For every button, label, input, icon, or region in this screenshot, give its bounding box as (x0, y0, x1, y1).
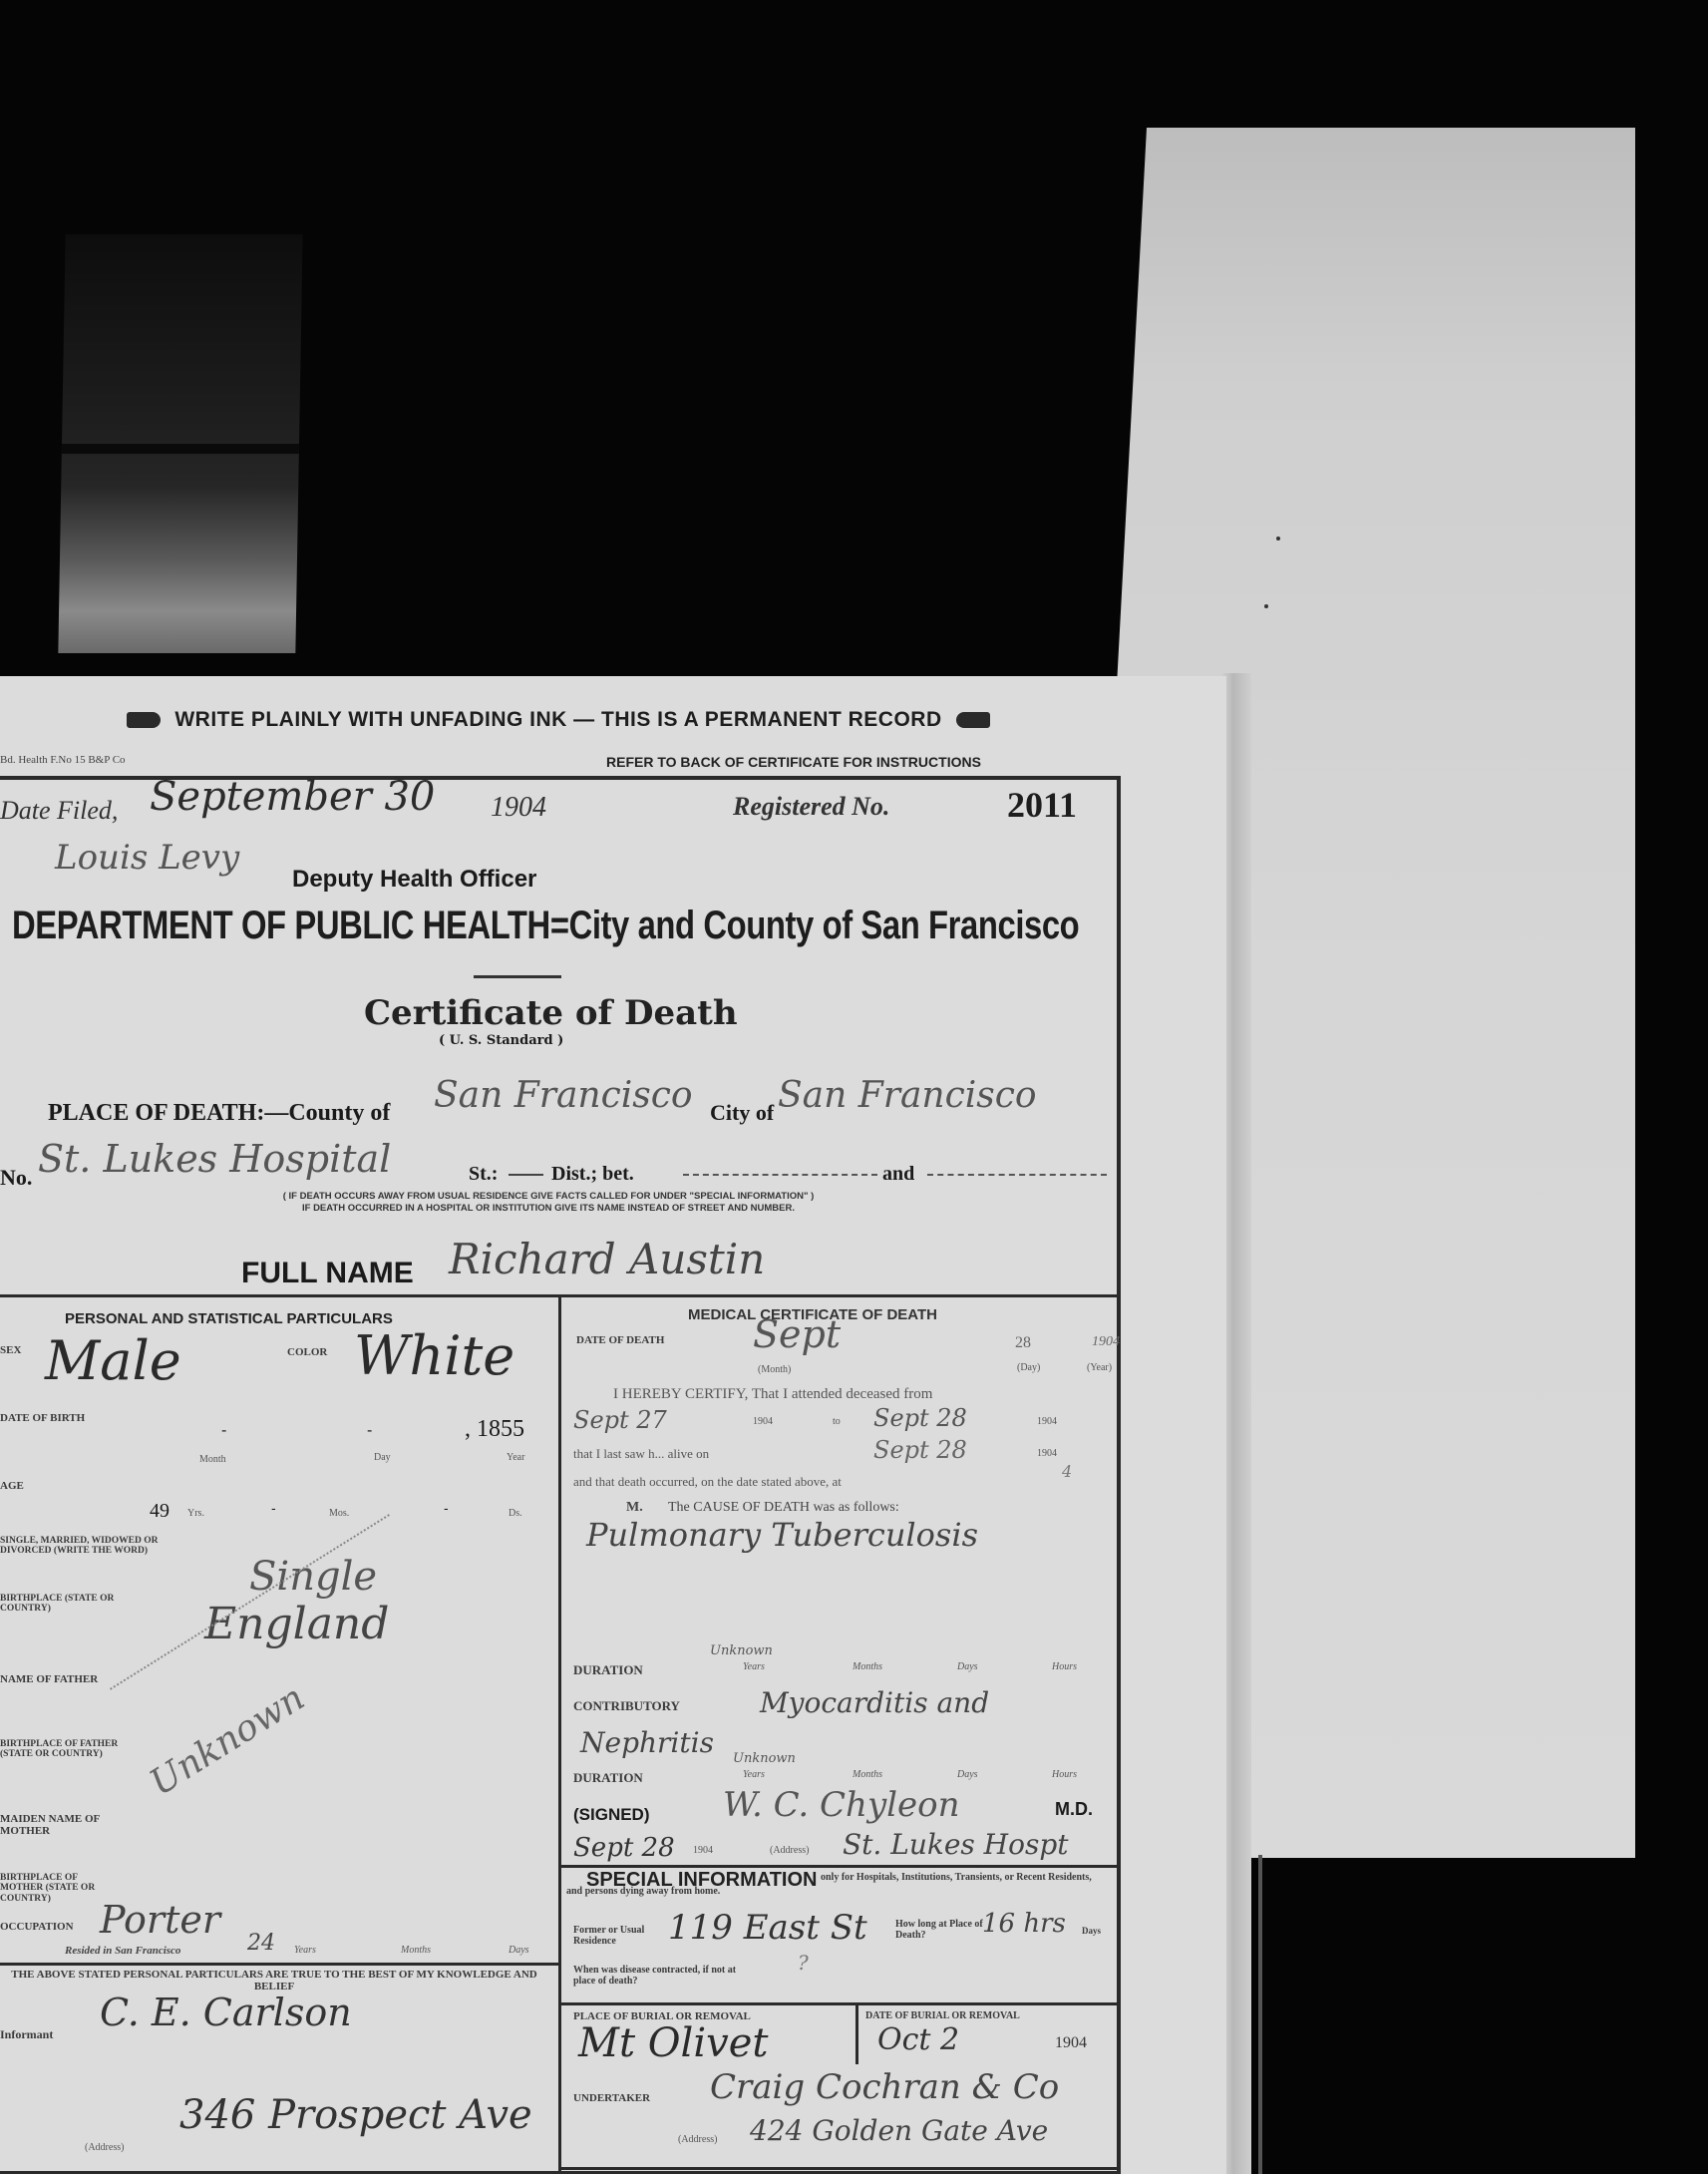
birthplace-value: England (204, 1599, 389, 1649)
undertaker-address-value: 424 Golden Gate Ave (750, 2114, 1048, 2147)
dob-day-label: Day (374, 1452, 391, 1463)
full-name-value: Richard Austin (449, 1235, 765, 1283)
death-day-label: (Day) (1017, 1362, 1040, 1373)
resided-months-label: Months (401, 1945, 431, 1956)
informant-address-label: (Address) (85, 2142, 124, 2153)
county-value: San Francisco (434, 1075, 693, 1116)
registered-label: Registered No. (733, 792, 889, 822)
attestation-text: THE ABOVE STATED PERSONAL PARTICULARS AR… (0, 1969, 548, 1993)
district-blank (683, 1174, 877, 1176)
resided-days-label: Days (509, 1945, 529, 1956)
color-label: COLOR (287, 1346, 327, 1358)
meridiem: M. (626, 1500, 643, 1516)
age-label: AGE (0, 1480, 24, 1492)
how-long-label: How long at Place of Death? (895, 1919, 985, 1941)
deputy-signature: Louis Levy (55, 838, 239, 878)
background-photo-fragment (58, 234, 302, 653)
signed-year: 1904 (693, 1845, 713, 1856)
banner-text: WRITE PLAINLY WITH UNFADING INK — THIS I… (174, 708, 941, 731)
section-divider (561, 2002, 1117, 2005)
duration2-days-label: Days (957, 1769, 978, 1780)
duration2-hours-label: Hours (1052, 1769, 1077, 1780)
burial-year: 1904 (1055, 2034, 1087, 2052)
attended-to-year: 1904 (1037, 1416, 1057, 1427)
duration2-years-label: Years (743, 1769, 765, 1780)
death-month: Sept (753, 1312, 841, 1356)
occurred-text: and that death occurred, on the date sta… (573, 1474, 842, 1490)
registered-number: 2011 (1007, 784, 1077, 826)
informant-value: C. E. Carlson (100, 1991, 352, 2034)
dob-month: - (221, 1422, 226, 1440)
section-divider (561, 2167, 1117, 2170)
certificate-title: Certificate of Death (364, 993, 738, 1033)
date-filed-year: 1904 (491, 792, 546, 824)
city-value: San Francisco (778, 1075, 1037, 1116)
page-binding-line (1258, 1855, 1262, 2174)
death-time: 4 (1062, 1462, 1072, 1481)
undertaker-label: UNDERTAKER (573, 2092, 650, 2104)
speck (1276, 537, 1280, 541)
certificate-subtitle: ( U. S. Standard ) (439, 1033, 563, 1048)
attended-from-year: 1904 (753, 1416, 773, 1427)
informant-label: Informant (0, 2028, 53, 2041)
department-title: DEPARTMENT OF PUBLIC HEALTH=City and Cou… (12, 904, 1079, 948)
certify-text: I HEREBY CERTIFY, That I attended deceas… (613, 1386, 932, 1403)
duration2-value: Unknown (733, 1751, 796, 1766)
and-blank (927, 1174, 1107, 1176)
banner: WRITE PLAINLY WITH UNFADING INK — THIS I… (20, 708, 1097, 732)
place-instructions: ( IF DEATH OCCURS AWAY FROM USUAL RESIDE… (115, 1191, 982, 1215)
section-divider (0, 1963, 558, 1966)
signed-date: Sept 28 (573, 1833, 675, 1863)
death-day: 28 (1015, 1334, 1031, 1352)
pointing-hand-icon (956, 712, 990, 728)
death-month-label: (Month) (758, 1364, 791, 1375)
dob-month-label: Month (199, 1454, 226, 1465)
burial-date-label: DATE OF BURIAL OR REMOVAL (865, 2010, 1020, 2021)
and-label: and (882, 1163, 914, 1186)
burial-date-value: Oct 2 (877, 2022, 959, 2057)
undertaker-value: Craig Cochran & Co (710, 2067, 1059, 2107)
location-value: St. Lukes Hospital (38, 1137, 391, 1181)
resided-years-label: Years (294, 1945, 316, 1956)
section-divider (561, 1865, 1117, 1868)
md-label: M.D. (1055, 1799, 1093, 1820)
instructions-note: REFER TO BACK OF CERTIFICATE FOR INSTRUC… (606, 754, 981, 770)
place-note-2: IF DEATH OCCURRED IN A HOSPITAL OR INSTI… (115, 1203, 982, 1215)
father-name-label: NAME OF FATHER (0, 1673, 110, 1685)
last-saw-date: Sept 28 (873, 1436, 967, 1464)
signed-address: St. Lukes Hospt (843, 1828, 1069, 1861)
age-years: 49 (150, 1500, 170, 1523)
speck (1264, 604, 1268, 608)
signed-label: (SIGNED) (573, 1805, 650, 1825)
former-residence-label: Former or Usual Residence (573, 1925, 663, 1947)
occupation-value: Porter (100, 1898, 220, 1942)
district-label: Dist.; bet. (551, 1163, 634, 1186)
duration-hours-label: Hours (1052, 1661, 1077, 1672)
dob-day: - (367, 1422, 372, 1440)
contributory-value: Myocarditis and Nephritis (580, 1683, 1079, 1763)
dob-year: , 1855 (465, 1416, 524, 1443)
street-blank (509, 1174, 543, 1176)
personal-heading: PERSONAL AND STATISTICAL PARTICULARS (65, 1310, 393, 1327)
birthplace-label: BIRTHPLACE (State or Country) (0, 1594, 120, 1615)
date-filed-label: Date Filed, (0, 796, 118, 826)
cause-of-death: Pulmonary Tuberculosis (586, 1516, 978, 1554)
attended-from: Sept 27 (573, 1406, 667, 1434)
death-year-label: (Year) (1087, 1362, 1112, 1373)
occupation-label: OCCUPATION (0, 1921, 74, 1933)
special-subheading: only for Hospitals, Institutions, Transi… (566, 1871, 1110, 1899)
duration-years-label: Years (743, 1661, 765, 1672)
city-label: City of (710, 1100, 774, 1126)
column-divider (558, 1294, 561, 2172)
mother-maiden-name-label: MAIDEN NAME OF MOTHER (0, 1813, 120, 1837)
death-year: 1904 (1092, 1334, 1120, 1350)
street-label: St.: (469, 1163, 498, 1186)
burial-divider (855, 2002, 858, 2064)
age-days-label: Ds. (509, 1508, 522, 1519)
duration2-label: DURATION (573, 1771, 643, 1785)
last-saw-year: 1904 (1037, 1448, 1057, 1459)
contracted-label: When was disease contracted, if not at p… (573, 1965, 753, 1987)
resided-years: 24 (247, 1931, 275, 1956)
dob-year-label: Year (507, 1452, 524, 1463)
how-long-days-label: Days (1082, 1927, 1101, 1937)
resided-label: Resided in San Francisco (65, 1945, 180, 1957)
duration2-months-label: Months (853, 1769, 882, 1780)
place-note-1: ( IF DEATH OCCURS AWAY FROM USUAL RESIDE… (115, 1191, 982, 1203)
attended-to: Sept 28 (873, 1404, 967, 1432)
place-of-death-label: PLACE OF DEATH:—County of (48, 1100, 390, 1127)
sex-label: SEX (0, 1344, 21, 1356)
contracted-value: ? (798, 1951, 809, 1975)
printer-mark: Bd. Health F.No 15 B&P Co (0, 754, 126, 766)
duration-value: Unknown (710, 1643, 773, 1658)
divider (474, 975, 561, 978)
undertaker-address-label: (Address) (678, 2134, 717, 2145)
last-saw-text: that I last saw h... alive on (573, 1446, 709, 1462)
death-certificate: WRITE PLAINLY WITH UNFADING INK — THIS I… (0, 676, 1226, 2174)
date-of-birth-label: DATE OF BIRTH (0, 1412, 85, 1424)
full-name-label: FULL NAME (241, 1257, 414, 1290)
age-days: - (444, 1500, 449, 1516)
deputy-title: Deputy Health Officer (292, 866, 536, 894)
color-value: White (354, 1324, 514, 1387)
age-years-label: Yrs. (187, 1508, 204, 1519)
age-months-label: Mos. (329, 1508, 349, 1519)
duration-label: DURATION (573, 1663, 643, 1677)
date-filed-value: September 30 (150, 774, 435, 820)
physician-signature: W. C. Chyleon (723, 1785, 960, 1825)
marital-status-label: SINGLE, MARRIED, WIDOWED OR DIVORCED (Wr… (0, 1536, 209, 1557)
date-of-death-label: DATE OF DEATH (576, 1334, 664, 1346)
former-residence-value: 119 East St (668, 1908, 867, 1948)
burial-place-value: Mt Olivet (578, 2020, 768, 2066)
how-long-value: 16 hrs (982, 1909, 1066, 1939)
number-label: No. (0, 1165, 32, 1191)
duration-months-label: Months (853, 1661, 882, 1672)
father-birthplace-label: BIRTHPLACE OF FATHER (State or Country) (0, 1739, 120, 1760)
age-months: - (271, 1500, 276, 1516)
signed-address-label: (Address) (770, 1845, 809, 1856)
cause-text: The CAUSE OF DEATH was as follows: (668, 1500, 899, 1516)
duration-days-label: Days (957, 1661, 978, 1672)
sex-value: Male (45, 1329, 181, 1392)
pointing-hand-icon (127, 712, 161, 728)
informant-address-value: 346 Prospect Ave (179, 2092, 532, 2138)
to-label: to (833, 1416, 841, 1427)
